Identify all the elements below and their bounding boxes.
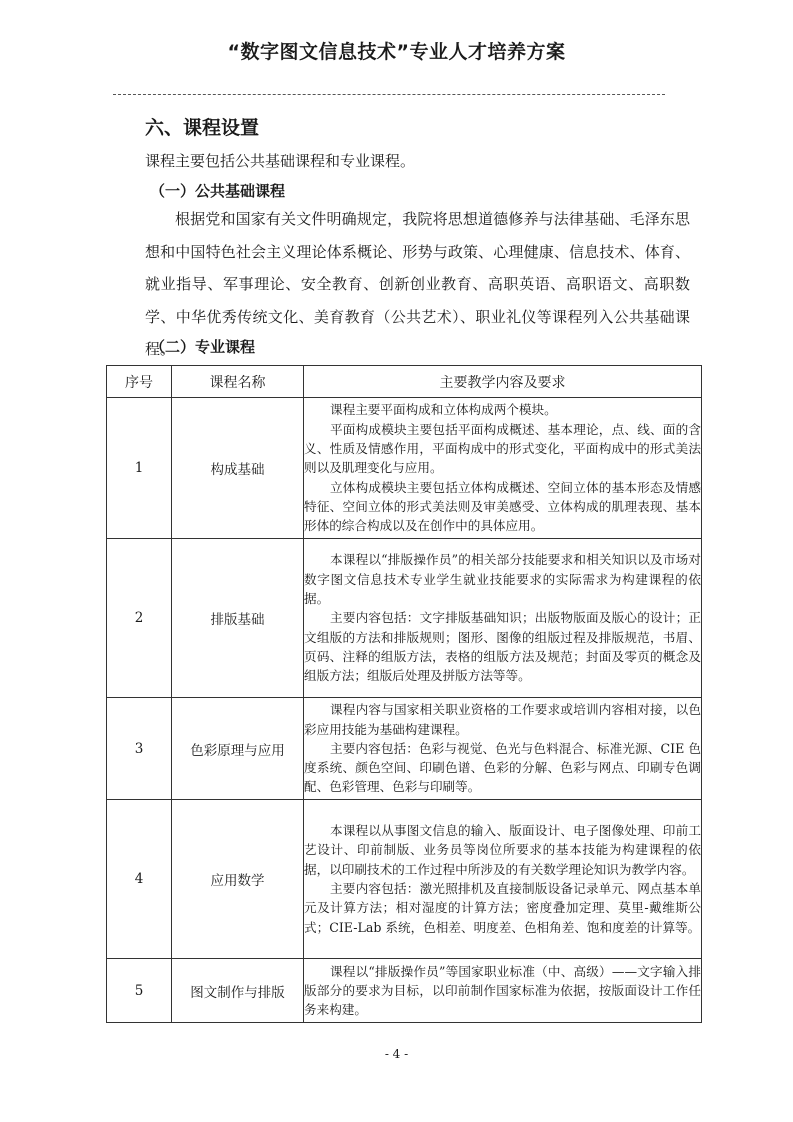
course-content-paragraph: 立体构成模块主要包括立体构成概述、空间立体的基本形态及情感特征、空间立体的形式美… (304, 478, 701, 536)
course-content: 课程以“排版操作员”等国家职业标准（中、高级）——文字输入排版部分的要求为目标，… (304, 959, 702, 1023)
table-header-row: 序号 课程名称 主要教学内容及要求 (107, 366, 702, 398)
course-content-paragraph: 课程以“排版操作员”等国家职业标准（中、高级）——文字输入排版部分的要求为目标，… (304, 962, 701, 1020)
course-content: 本课程以“排版操作员”的相关部分技能要求和相关知识以及市场对数字图文信息技术专业… (304, 539, 702, 698)
course-content-paragraph: 主要内容包括：文字排版基础知识；出版物版面及版心的设计；正文组版的方法和排版规则… (304, 608, 701, 685)
course-content-paragraph: 课程主要平面构成和立体构成两个模块。 (304, 400, 701, 419)
section-intro: 课程主要包括公共基础课程和专业课程。 (145, 145, 415, 177)
professional-courses-heading: （二）专业课程 (150, 336, 255, 357)
course-no: 1 (107, 398, 172, 539)
course-content-paragraph: 平面构成模块主要包括平面构成概述、基本理论，点、线、面的含义、性质及情感作用，平… (304, 420, 701, 478)
course-name: 排版基础 (172, 539, 304, 698)
column-header-content: 主要教学内容及要求 (304, 366, 702, 398)
header-divider (113, 94, 665, 95)
course-content: 课程主要平面构成和立体构成两个模块。 平面构成模块主要包括平面构成概述、基本理论… (304, 398, 702, 539)
course-name: 图文制作与排版 (172, 959, 304, 1023)
course-content: 本课程以从事图文信息的输入、版面设计、电子图像处理、印前工艺设计、印前制版、业务… (304, 800, 702, 959)
table-row: 1 构成基础 课程主要平面构成和立体构成两个模块。 平面构成模块主要包括平面构成… (107, 398, 702, 539)
table-row: 5 图文制作与排版 课程以“排版操作员”等国家职业标准（中、高级）——文字输入排… (107, 959, 702, 1023)
table-row: 3 色彩原理与应用 课程内容与国家相关职业资格的工作要求或培训内容相对接，以色彩… (107, 698, 702, 800)
course-no: 3 (107, 698, 172, 800)
public-courses-heading: （一）公共基础课程 (150, 180, 285, 201)
course-name: 应用数学 (172, 800, 304, 959)
course-content: 课程内容与国家相关职业资格的工作要求或培训内容相对接，以色彩应用技能为基础构建课… (304, 698, 702, 800)
course-no: 5 (107, 959, 172, 1023)
table-row: 4 应用数学 本课程以从事图文信息的输入、版面设计、电子图像处理、印前工艺设计、… (107, 800, 702, 959)
course-no: 2 (107, 539, 172, 698)
column-header-name: 课程名称 (172, 366, 304, 398)
course-no: 4 (107, 800, 172, 959)
course-content-paragraph: 主要内容包括：激光照排机及直接制版设备记录单元、网点基本单元及计算方法；相对湿度… (304, 879, 701, 937)
page-number: - 4 - (0, 1047, 793, 1061)
section-heading: 六、课程设置 (145, 113, 259, 140)
course-content-paragraph: 本课程以“排版操作员”的相关部分技能要求和相关知识以及市场对数字图文信息技术专业… (304, 550, 701, 608)
professional-courses-table: 序号 课程名称 主要教学内容及要求 1 构成基础 课程主要平面构成和立体构成两个… (106, 365, 702, 1023)
course-name: 构成基础 (172, 398, 304, 539)
course-content-paragraph: 本课程以从事图文信息的输入、版面设计、电子图像处理、印前工艺设计、印前制版、业务… (304, 821, 701, 879)
course-content-paragraph: 课程内容与国家相关职业资格的工作要求或培训内容相对接，以色彩应用技能为基础构建课… (304, 700, 701, 739)
course-name: 色彩原理与应用 (172, 698, 304, 800)
table-row: 2 排版基础 本课程以“排版操作员”的相关部分技能要求和相关知识以及市场对数字图… (107, 539, 702, 698)
document-title: “数字图文信息技术”专业人才培养方案 (0, 37, 793, 64)
column-header-no: 序号 (107, 366, 172, 398)
course-content-paragraph: 主要内容包括：色彩与视觉、色光与色料混合、标准光源、CIE 色度系统、颜色空间、… (304, 739, 701, 797)
